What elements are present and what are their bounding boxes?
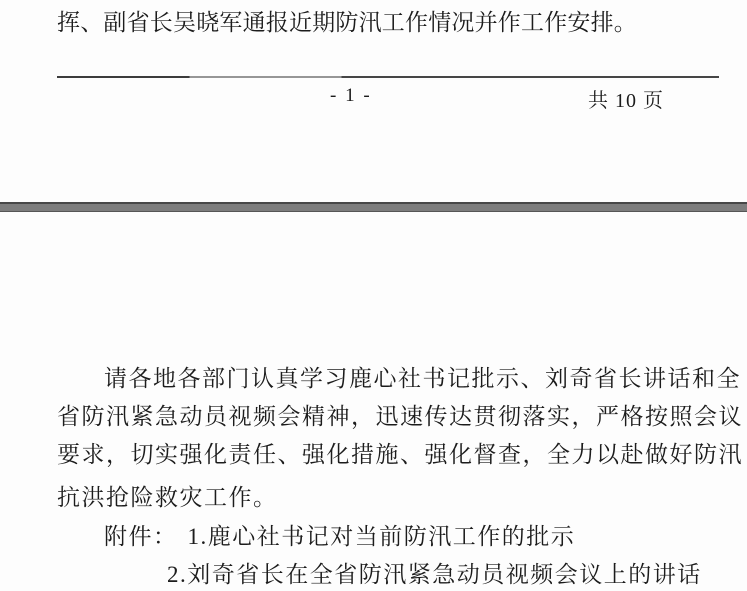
attachments-label: 附件： [104,524,178,549]
page-separator [0,202,747,212]
attachment-item: 2.刘奇省长在全省防汛紧急动员视频会议上的讲话 [167,560,702,590]
paragraph-line: 挥、副省长吴晓军通报近期防汛工作情况并作工作安排。 [57,8,637,38]
page-1-bottom: 挥、副省长吴晓军通报近期防汛工作情况并作工作安排。 - 1 - 共 10 页 [0,0,747,202]
paragraph-line: 要求，切实强化责任、强化措施、强化督查，全力以赴做好防汛 [57,440,743,470]
paragraph-line: 抗洪抢险救灾工作。 [57,483,278,513]
paragraph-line: 请各地各部门认真学习鹿心社书记批示、刘奇省长讲话和全 [104,364,741,394]
total-pages: 共 10 页 [588,84,664,113]
page-2-top: 请各地各部门认真学习鹿心社书记批示、刘奇省长讲话和全 省防汛紧急动员视频会精神，… [0,212,747,591]
footer-rule [57,76,719,78]
page-number: - 1 - [330,85,372,107]
attachments-line: 附件：1.鹿心社书记对当前防汛工作的批示 [104,522,575,552]
paragraph-line: 省防汛紧急动员视频会精神，迅速传达贯彻落实，严格按照会议 [57,402,743,432]
attachment-item: 1.鹿心社书记对当前防汛工作的批示 [188,524,576,549]
